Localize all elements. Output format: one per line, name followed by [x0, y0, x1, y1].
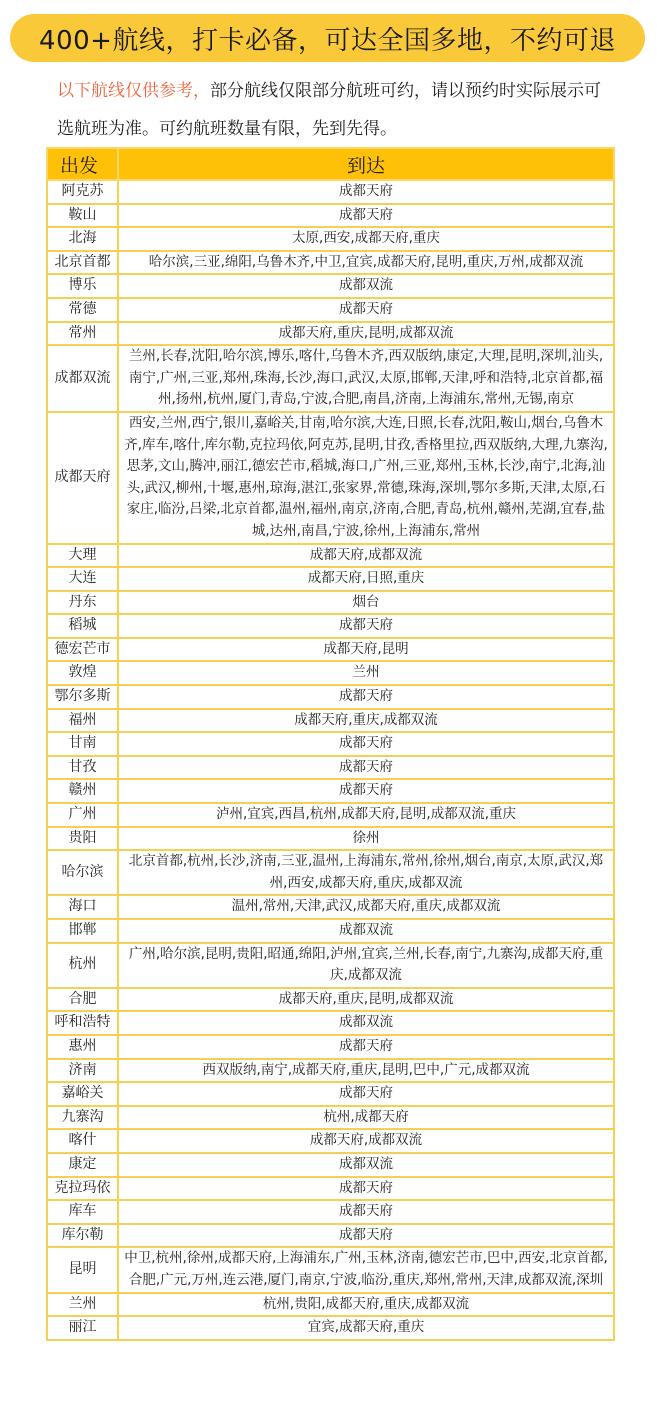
table-row: 敦煌兰州 — [47, 661, 614, 685]
destinations-cell: 哈尔滨,三亚,绵阳,乌鲁木齐,中卫,宜宾,成都天府,昆明,重庆,万州,成都双流 — [118, 251, 614, 275]
table-row: 常德成都天府 — [47, 298, 614, 322]
origin-city-cell: 呼和浩特 — [47, 1011, 118, 1035]
destinations-cell: 泸州,宜宾,西昌,杭州,成都天府,昆明,成都双流,重庆 — [118, 803, 614, 827]
table-row: 稻城成都天府 — [47, 614, 614, 638]
table-row: 济南西双版纳,南宁,成都天府,重庆,昆明,巴中,广元,成都双流 — [47, 1059, 614, 1083]
destinations-cell: 成都天府,重庆,昆明,成都双流 — [118, 988, 614, 1012]
table-row: 杭州广州,哈尔滨,昆明,贵阳,昭通,绵阳,泸州,宜宾,兰州,长春,南宁,九寨沟,… — [47, 943, 614, 988]
destinations-cell: 成都天府 — [118, 204, 614, 228]
destinations-cell: 成都天府 — [118, 180, 614, 204]
origin-city-cell: 福州 — [47, 709, 118, 733]
origin-city-cell: 喀什 — [47, 1129, 118, 1153]
destinations-cell: 成都双流 — [118, 919, 614, 943]
destinations-cell: 兰州,长春,沈阳,哈尔滨,博乐,喀什,乌鲁木齐,西双版纳,康定,大理,昆明,深圳… — [118, 345, 614, 412]
origin-city-cell: 大连 — [47, 567, 118, 591]
origin-city-cell: 博乐 — [47, 274, 118, 298]
origin-city-cell: 克拉玛依 — [47, 1177, 118, 1201]
table-row: 克拉玛依成都天府 — [47, 1177, 614, 1201]
table-row: 福州成都天府,重庆,成都双流 — [47, 709, 614, 733]
destinations-cell: 兰州 — [118, 661, 614, 685]
table-row: 兰州杭州,贵阳,成都天府,重庆,成都双流 — [47, 1293, 614, 1317]
destinations-cell: 温州,常州,天津,武汉,成都天府,重庆,成都双流 — [118, 895, 614, 919]
destinations-cell: 成都天府 — [118, 779, 614, 803]
destinations-cell: 杭州,贵阳,成都天府,重庆,成都双流 — [118, 1293, 614, 1317]
origin-city-cell: 鄂尔多斯 — [47, 685, 118, 709]
destinations-cell: 成都天府 — [118, 1200, 614, 1224]
origin-city-cell: 济南 — [47, 1059, 118, 1083]
origin-city-cell: 邯郸 — [47, 919, 118, 943]
table-row: 甘南成都天府 — [47, 732, 614, 756]
table-row: 海口温州,常州,天津,武汉,成都天府,重庆,成都双流 — [47, 895, 614, 919]
destinations-cell: 成都天府 — [118, 1224, 614, 1248]
destinations-cell: 成都天府 — [118, 614, 614, 638]
table-row: 康定成都双流 — [47, 1153, 614, 1177]
destinations-cell: 成都天府,重庆,成都双流 — [118, 709, 614, 733]
origin-city-cell: 甘孜 — [47, 756, 118, 780]
table-row: 丹东烟台 — [47, 591, 614, 615]
origin-city-cell: 杭州 — [47, 943, 118, 988]
destinations-cell: 成都天府 — [118, 298, 614, 322]
destinations-cell: 太原,西安,成都天府,重庆 — [118, 227, 614, 251]
destinations-cell: 宜宾,成都天府,重庆 — [118, 1316, 614, 1340]
origin-city-cell: 甘南 — [47, 732, 118, 756]
origin-city-cell: 成都双流 — [47, 345, 118, 412]
origin-city-cell: 库车 — [47, 1200, 118, 1224]
origin-city-cell: 德宏芒市 — [47, 638, 118, 662]
header-to: 到达 — [118, 148, 614, 180]
table-row: 德宏芒市成都天府,昆明 — [47, 638, 614, 662]
origin-city-cell: 大理 — [47, 544, 118, 568]
origin-city-cell: 赣州 — [47, 779, 118, 803]
table-row: 呼和浩特成都双流 — [47, 1011, 614, 1035]
table-row: 大连成都天府,日照,重庆 — [47, 567, 614, 591]
table-row: 成都天府西安,兰州,西宁,银川,嘉峪关,甘南,哈尔滨,大连,日照,长春,沈阳,鞍… — [47, 412, 614, 544]
destinations-cell: 成都天府,重庆,昆明,成都双流 — [118, 322, 614, 346]
destinations-cell: 成都天府 — [118, 756, 614, 780]
destinations-cell: 成都天府 — [118, 732, 614, 756]
table-row: 甘孜成都天府 — [47, 756, 614, 780]
destinations-cell: 成都天府,昆明 — [118, 638, 614, 662]
intro-highlight: 以下航线仅供参考， — [57, 81, 210, 101]
table-row: 赣州成都天府 — [47, 779, 614, 803]
origin-city-cell: 常德 — [47, 298, 118, 322]
routes-table: 出发 到达 阿克苏成都天府鞍山成都天府北海太原,西安,成都天府,重庆北京首都哈尔… — [46, 147, 615, 1341]
origin-city-cell: 稻城 — [47, 614, 118, 638]
destinations-cell: 杭州,成都天府 — [118, 1106, 614, 1130]
table-row: 北京首都哈尔滨,三亚,绵阳,乌鲁木齐,中卫,宜宾,成都天府,昆明,重庆,万州,成… — [47, 251, 614, 275]
header-from: 出发 — [47, 148, 118, 180]
table-row: 鞍山成都天府 — [47, 204, 614, 228]
destinations-cell: 北京首都,杭州,长沙,济南,三亚,温州,上海浦东,常州,徐州,烟台,南京,太原,… — [118, 850, 614, 895]
destinations-cell: 徐州 — [118, 827, 614, 851]
origin-city-cell: 九寨沟 — [47, 1106, 118, 1130]
origin-city-cell: 阿克苏 — [47, 180, 118, 204]
origin-city-cell: 广州 — [47, 803, 118, 827]
destinations-cell: 成都双流 — [118, 1011, 614, 1035]
routes-table-body: 阿克苏成都天府鞍山成都天府北海太原,西安,成都天府,重庆北京首都哈尔滨,三亚,绵… — [47, 180, 614, 1340]
table-row: 丽江宜宾,成都天府,重庆 — [47, 1316, 614, 1340]
table-row: 大理成都天府,成都双流 — [47, 544, 614, 568]
origin-city-cell: 康定 — [47, 1153, 118, 1177]
origin-city-cell: 哈尔滨 — [47, 850, 118, 895]
table-row: 哈尔滨北京首都,杭州,长沙,济南,三亚,温州,上海浦东,常州,徐州,烟台,南京,… — [47, 850, 614, 895]
destinations-cell: 烟台 — [118, 591, 614, 615]
origin-city-cell: 惠州 — [47, 1035, 118, 1059]
destinations-cell: 成都双流 — [118, 274, 614, 298]
table-row: 北海太原,西安,成都天府,重庆 — [47, 227, 614, 251]
table-row: 库尔勒成都天府 — [47, 1224, 614, 1248]
origin-city-cell: 合肥 — [47, 988, 118, 1012]
origin-city-cell: 昆明 — [47, 1247, 118, 1292]
destinations-cell: 成都天府 — [118, 685, 614, 709]
table-row: 常州成都天府,重庆,昆明,成都双流 — [47, 322, 614, 346]
table-row: 惠州成都天府 — [47, 1035, 614, 1059]
origin-city-cell: 贵阳 — [47, 827, 118, 851]
table-row: 喀什成都天府,成都双流 — [47, 1129, 614, 1153]
table-row: 贵阳徐州 — [47, 827, 614, 851]
destinations-cell: 广州,哈尔滨,昆明,贵阳,昭通,绵阳,泸州,宜宾,兰州,长春,南宁,九寨沟,成都… — [118, 943, 614, 988]
table-row: 九寨沟杭州,成都天府 — [47, 1106, 614, 1130]
destinations-cell: 成都天府,日照,重庆 — [118, 567, 614, 591]
destinations-cell: 成都双流 — [118, 1153, 614, 1177]
table-row: 阿克苏成都天府 — [47, 180, 614, 204]
destinations-cell: 西安,兰州,西宁,银川,嘉峪关,甘南,哈尔滨,大连,日照,长春,沈阳,鞍山,烟台… — [118, 412, 614, 544]
table-row: 鄂尔多斯成都天府 — [47, 685, 614, 709]
destinations-cell: 中卫,杭州,徐州,成都天府,上海浦东,广州,玉林,济南,德宏芒市,巴中,西安,北… — [118, 1247, 614, 1292]
destinations-cell: 成都天府,成都双流 — [118, 1129, 614, 1153]
origin-city-cell: 丹东 — [47, 591, 118, 615]
table-row: 嘉峪关成都天府 — [47, 1082, 614, 1106]
table-row: 昆明中卫,杭州,徐州,成都天府,上海浦东,广州,玉林,济南,德宏芒市,巴中,西安… — [47, 1247, 614, 1292]
promo-banner: 400+航线，打卡必备，可达全国多地，不约可退 — [10, 14, 645, 62]
origin-city-cell: 鞍山 — [47, 204, 118, 228]
destinations-cell: 成都天府 — [118, 1082, 614, 1106]
origin-city-cell: 敦煌 — [47, 661, 118, 685]
origin-city-cell: 兰州 — [47, 1293, 118, 1317]
table-row: 博乐成都双流 — [47, 274, 614, 298]
table-row: 库车成都天府 — [47, 1200, 614, 1224]
origin-city-cell: 北京首都 — [47, 251, 118, 275]
table-header-row: 出发 到达 — [47, 148, 614, 180]
table-row: 邯郸成都双流 — [47, 919, 614, 943]
origin-city-cell: 海口 — [47, 895, 118, 919]
banner-title: 400+航线，打卡必备，可达全国多地，不约可退 — [39, 20, 616, 57]
origin-city-cell: 嘉峪关 — [47, 1082, 118, 1106]
destinations-cell: 西双版纳,南宁,成都天府,重庆,昆明,巴中,广元,成都双流 — [118, 1059, 614, 1083]
intro-notice: 以下航线仅供参考，部分航线仅限部分航班可约，请以预约时实际展示可选航班为准。可约… — [57, 72, 617, 148]
destinations-cell: 成都天府,成都双流 — [118, 544, 614, 568]
origin-city-cell: 北海 — [47, 227, 118, 251]
table-row: 合肥成都天府,重庆,昆明,成都双流 — [47, 988, 614, 1012]
destinations-cell: 成都天府 — [118, 1035, 614, 1059]
origin-city-cell: 成都天府 — [47, 412, 118, 544]
origin-city-cell: 常州 — [47, 322, 118, 346]
origin-city-cell: 库尔勒 — [47, 1224, 118, 1248]
origin-city-cell: 丽江 — [47, 1316, 118, 1340]
destinations-cell: 成都天府 — [118, 1177, 614, 1201]
table-row: 成都双流兰州,长春,沈阳,哈尔滨,博乐,喀什,乌鲁木齐,西双版纳,康定,大理,昆… — [47, 345, 614, 412]
table-row: 广州泸州,宜宾,西昌,杭州,成都天府,昆明,成都双流,重庆 — [47, 803, 614, 827]
